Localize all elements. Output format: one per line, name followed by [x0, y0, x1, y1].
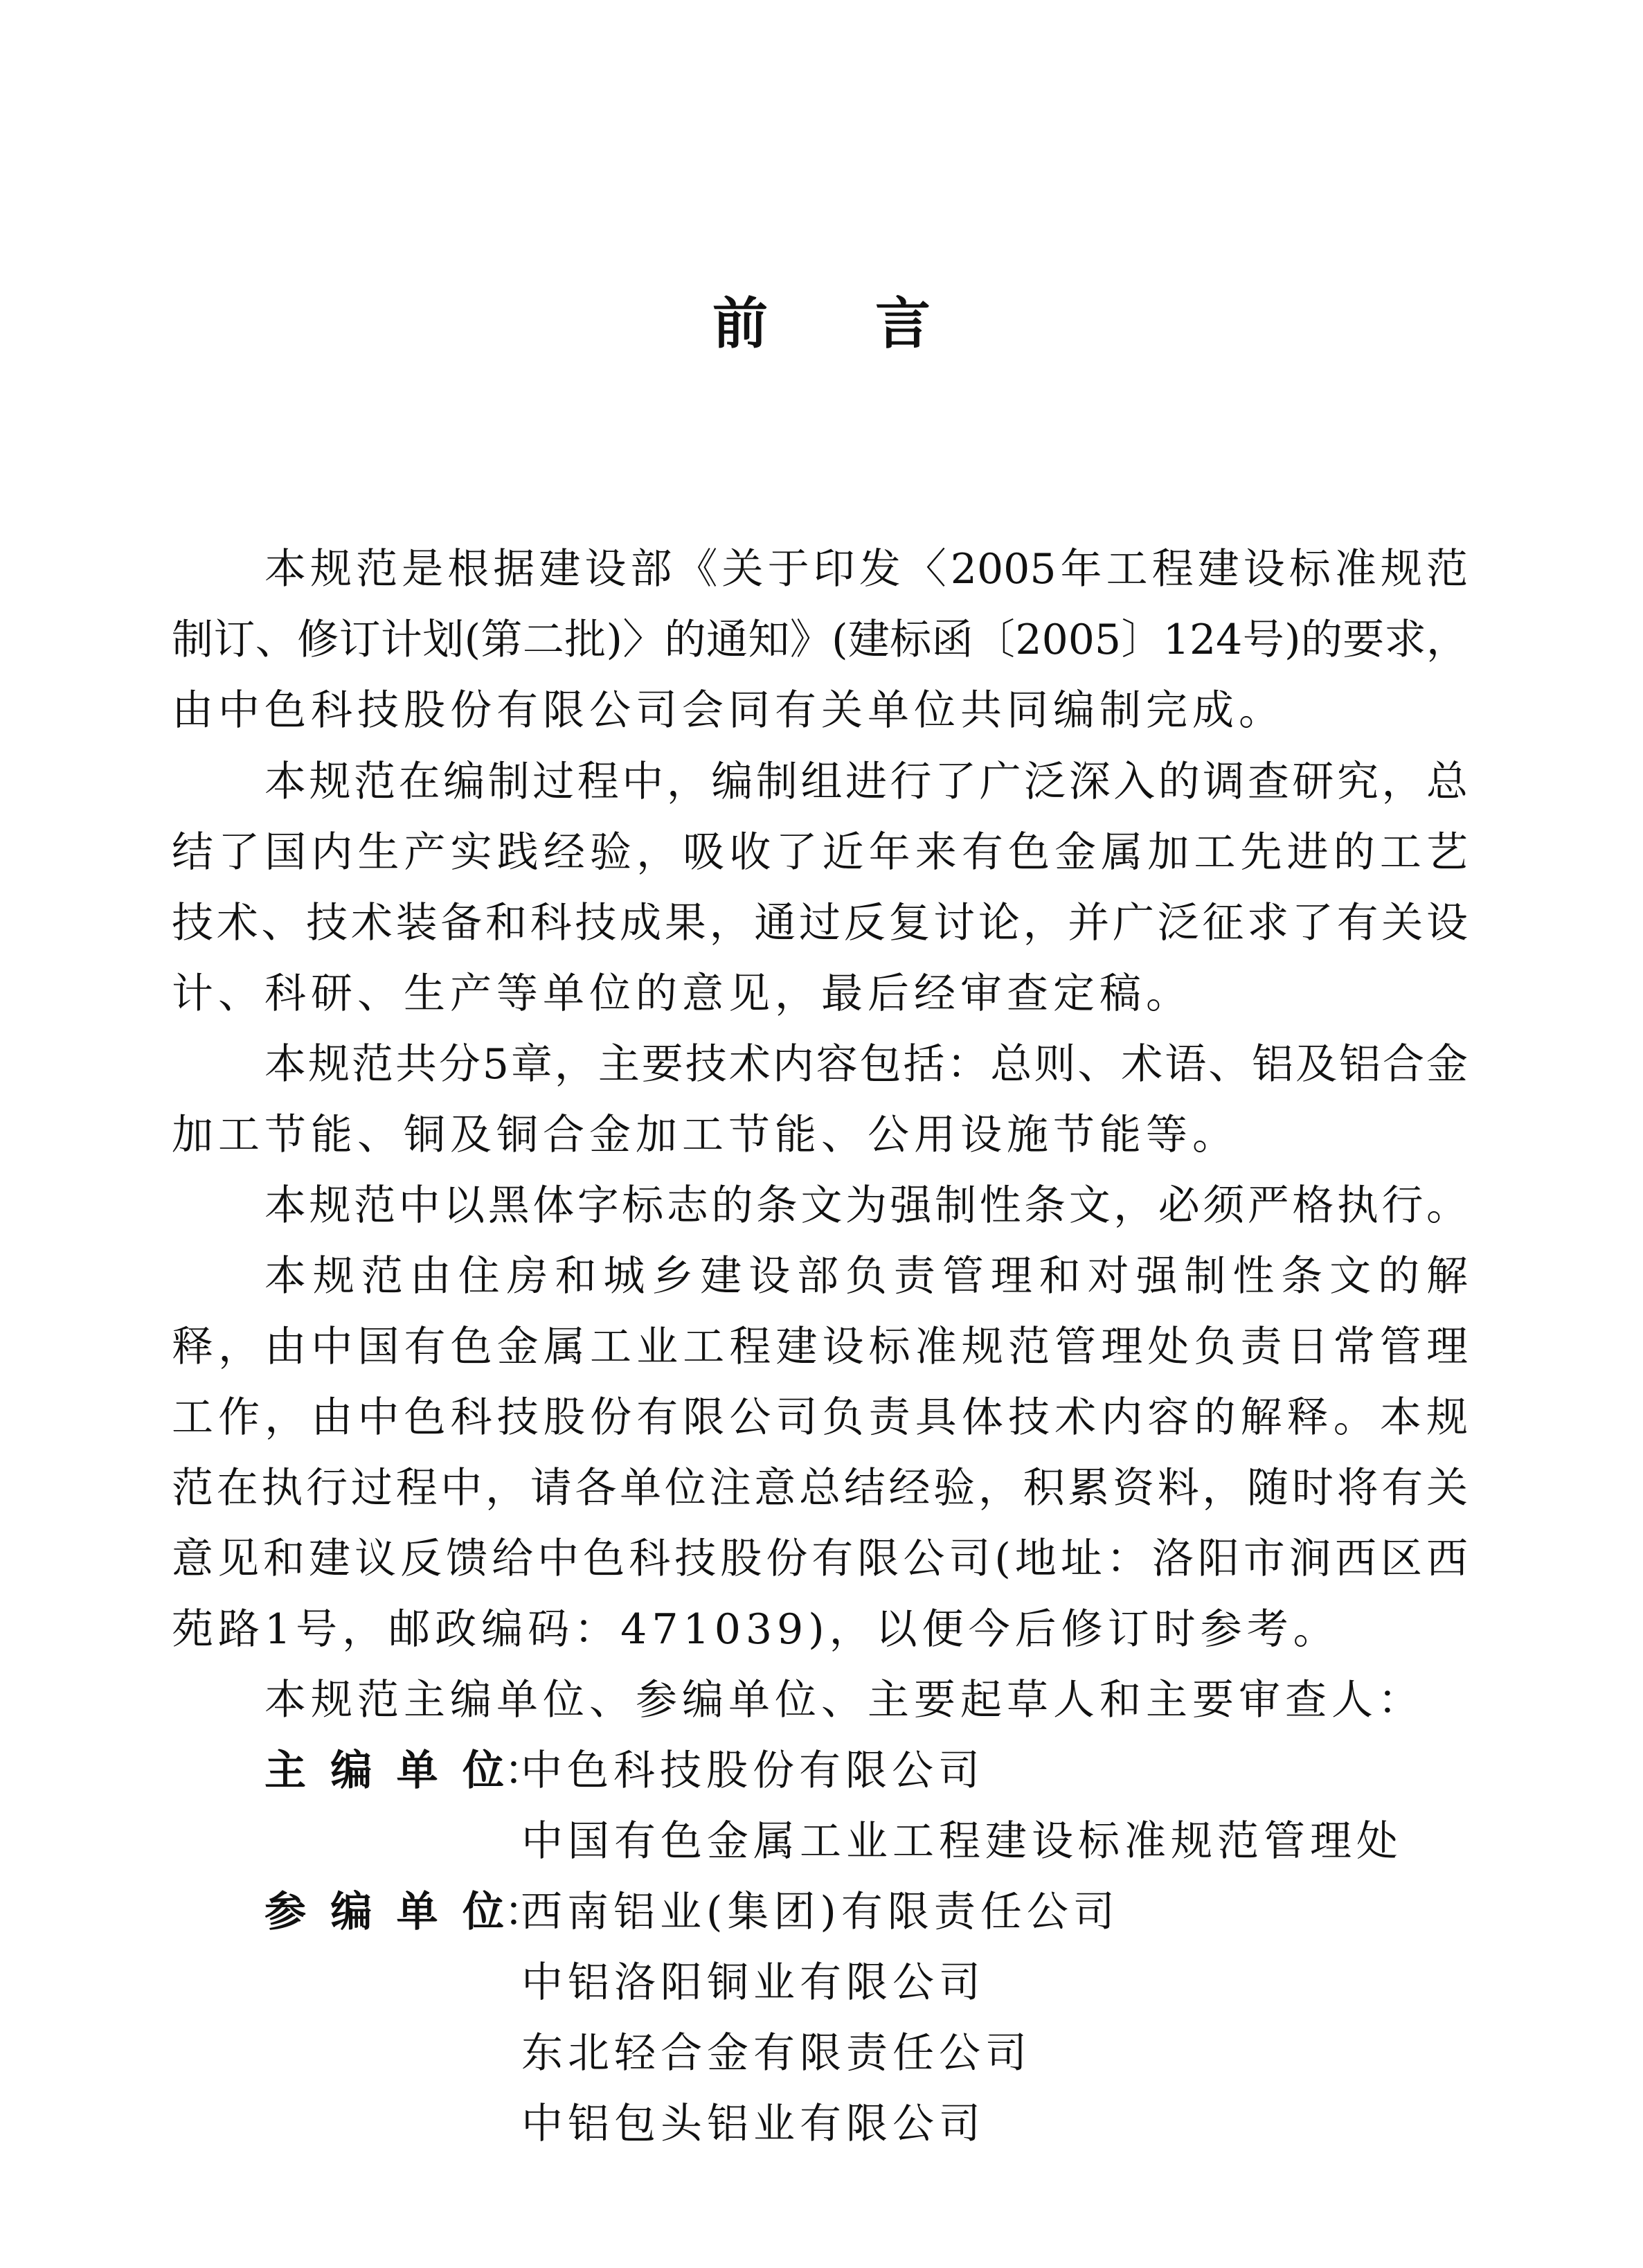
text-line: 意见和建议反馈给中色科技股份有限公司(地址：洛阳市涧西区西 — [172, 1524, 1468, 1594]
text-line: 本规范由住房和城乡建设部负责管理和对强制性条文的解 — [264, 1241, 1468, 1312]
chief-units-label: 主编单位 — [264, 1735, 504, 1806]
unit-line: 参编单位：西南铝业(集团)有限责任公司 — [264, 1877, 1120, 1947]
document-page: 前言 本规范是根据建设部《关于印发〈2005年工程建设标准规范 制订、修订计划(… — [0, 0, 1643, 2268]
unit-name: 中色科技股份有限公司 — [521, 1747, 985, 1795]
text-line: 工作，由中色科技股份有限公司负责具体技术内容的解释。本规 — [172, 1382, 1468, 1453]
participating-units-label: 参编单位 — [264, 1877, 504, 1947]
unit-name: 东北轻合金有限责任公司 — [521, 2018, 1032, 2089]
text-line: 苑路1号，邮政编码：471039)，以便今后修订时参考。 — [172, 1594, 1340, 1665]
text-line: 本规范中以黑体字标志的条文为强制性条文，必须严格执行。 — [264, 1170, 1468, 1241]
text-line: 结了国内生产实践经验，吸收了近年来有色金属加工先进的工艺 — [172, 817, 1468, 888]
text-line: 计、科研、生产等单位的意见，最后经审查定稿。 — [172, 958, 1192, 1029]
title-char: 言 — [875, 289, 931, 359]
text-line: 范在执行过程中，请各单位注意总结经验，积累资料，随时将有关 — [172, 1453, 1468, 1524]
page-title: 前言 — [0, 289, 1643, 359]
text-line: 加工节能、铜及铜合金加工节能、公用设施节能等。 — [172, 1100, 1239, 1170]
unit-name: 中国有色金属工业工程建设标准规范管理处 — [521, 1806, 1403, 1877]
unit-name: 中铝洛阳铜业有限公司 — [521, 1947, 985, 2018]
text-line: 制订、修订计划(第二批)〉的通知》(建标函〔2005〕124号)的要求， — [172, 605, 1468, 675]
title-char: 前 — [712, 289, 768, 359]
unit-name: 西南铝业(集团)有限责任公司 — [521, 1888, 1120, 1936]
text-line: 本规范共分5章，主要技术内容包括：总则、术语、铝及铝合金 — [264, 1029, 1468, 1100]
text-line: 本规范是根据建设部《关于印发〈2005年工程建设标准规范 — [264, 534, 1468, 605]
unit-name: 中铝包头铝业有限公司 — [521, 2089, 985, 2159]
text-line: 由中色科技股份有限公司会同有关单位共同编制完成。 — [172, 675, 1285, 746]
label-colon: ： — [504, 1735, 521, 1806]
text-line: 释，由中国有色金属工业工程建设标准规范管理处负责日常管理 — [172, 1312, 1468, 1382]
text-line: 技术、技术装备和科技成果，通过反复讨论，并广泛征求了有关设 — [172, 888, 1468, 958]
unit-line: 主编单位：中色科技股份有限公司 — [264, 1735, 985, 1806]
text-line: 本规范在编制过程中，编制组进行了广泛深入的调查研究，总 — [264, 747, 1468, 817]
text-line: 本规范主编单位、参编单位、主要起草人和主要审查人： — [264, 1665, 1424, 1735]
label-colon: ： — [504, 1877, 521, 1947]
